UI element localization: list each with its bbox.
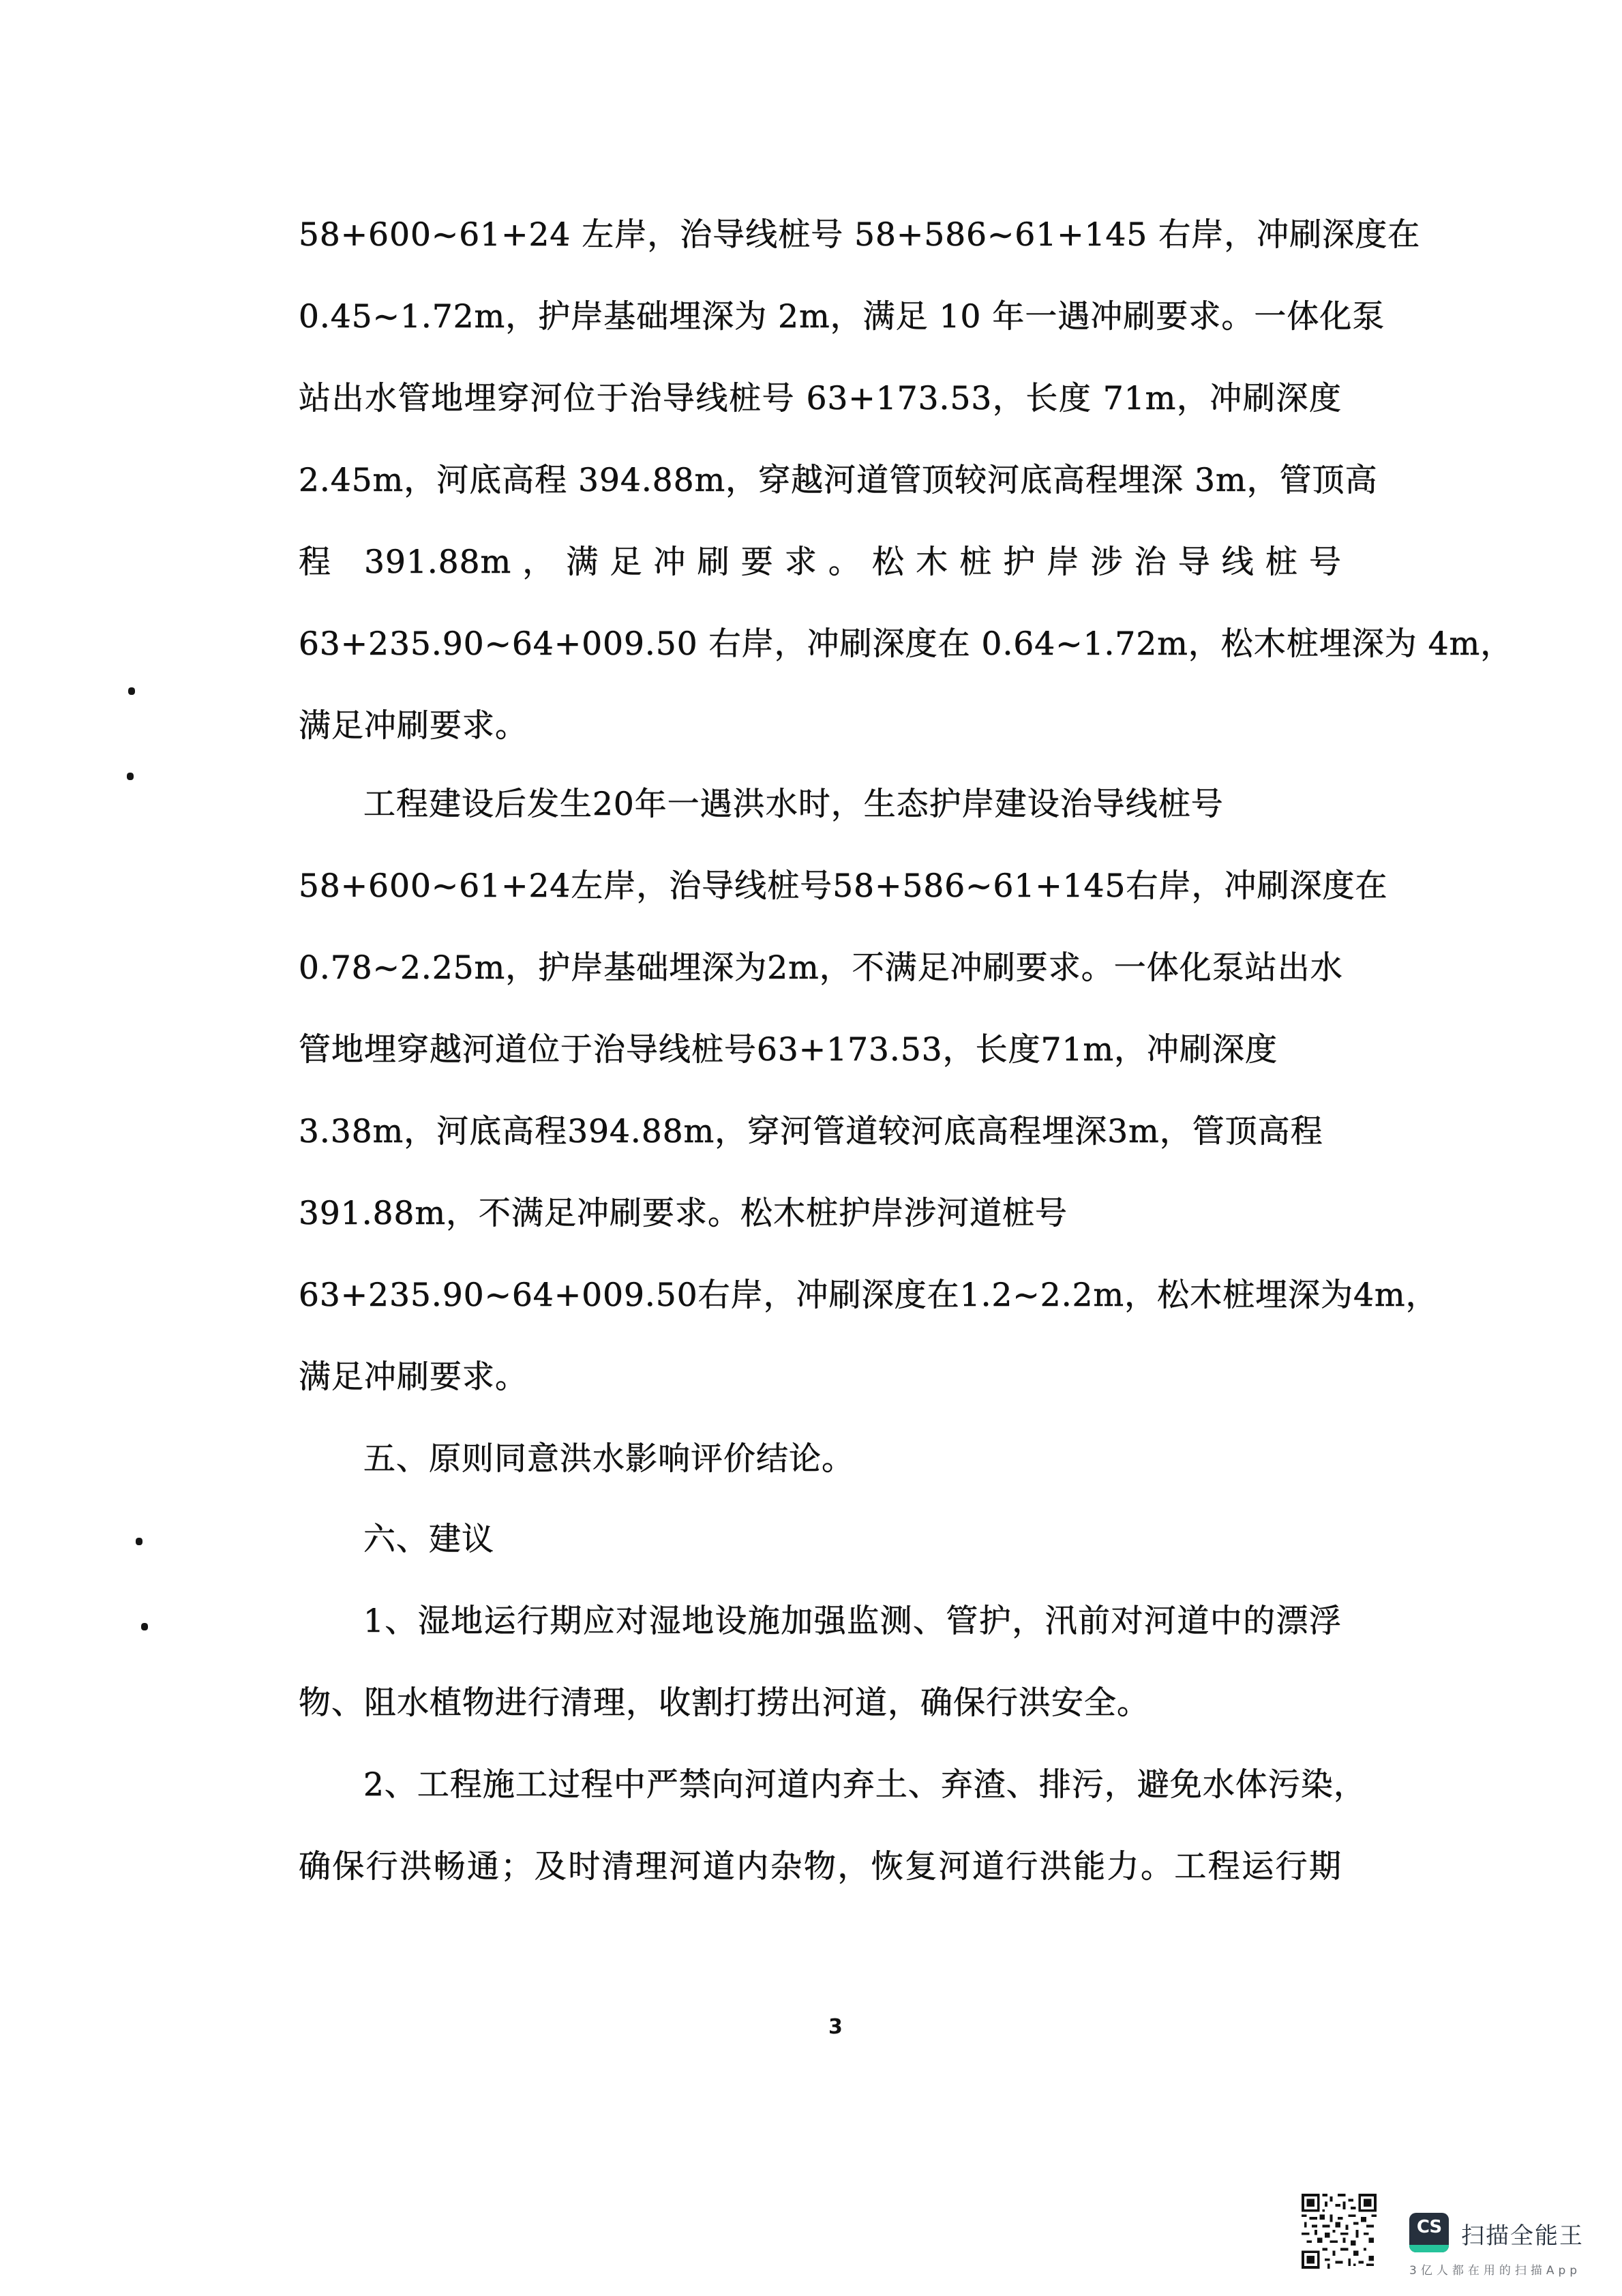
text-line: 0.45~1.72m，护岸基础埋深为 2m，满足 10 年一遇冲刷要求。一体化泵 <box>299 297 1342 338</box>
section-heading-6: 六、建议 <box>363 1519 494 1560</box>
text-line: 58+600~61+24左岸，治导线桩号58+586~61+145右岸，冲刷深度… <box>299 866 1387 907</box>
punch-hole-mark <box>127 773 134 780</box>
text-line: 58+600~61+24 左岸，治导线桩号 58+586~61+145 右岸，冲… <box>299 215 1342 256</box>
text-line: 63+235.90~64+009.50 右岸，冲刷深度在 0.64~1.72m，… <box>299 624 1342 665</box>
qr-code-icon <box>1302 2194 1377 2269</box>
punch-hole-mark <box>128 687 135 695</box>
camscanner-watermark: CS 扫描全能王 3亿人都在用的扫描App <box>1299 2186 1612 2274</box>
text-line: 63+235.90~64+009.50右岸，冲刷深度在1.2~2.2m，松木桩埋… <box>299 1275 1439 1316</box>
text-line: 2.45m，河底高程 394.88m，穿越河道管顶较河底高程埋深 3m，管顶高 <box>299 460 1342 501</box>
text-line: 满足冲刷要求。 <box>299 706 528 747</box>
camscanner-brand-name: 扫描全能王 <box>1461 2217 1584 2250</box>
punch-hole-mark <box>141 1623 148 1630</box>
text-line: 满足冲刷要求。 <box>299 1357 528 1398</box>
text-line: 站出水管地埋穿河位于治导线桩号 63+173.53，长度 71m，冲刷深度 <box>299 378 1342 419</box>
scanned-document-page: 58+600~61+24 左岸，治导线桩号 58+586~61+145 右岸，冲… <box>0 0 1622 2296</box>
section-heading-5: 五、原则同意洪水影响评价结论。 <box>363 1439 854 1480</box>
text-line: 3.38m，河底高程394.88m，穿河管道较河底高程埋深3m，管顶高程 <box>299 1112 1323 1152</box>
text-line: 确保行洪畅通；及时清理河道内杂物，恢复河道行洪能力。工程运行期 <box>299 1847 1342 1888</box>
text-line: 程 391.88m，满足冲刷要求。松木桩护岸涉治导线桩号 <box>299 542 1342 583</box>
text-line: 管地埋穿越河道位于治导线桩号63+173.53，长度71m，冲刷深度 <box>299 1030 1278 1071</box>
text-line: 工程建设后发生20年一遇洪水时，生态护岸建设治导线桩号 <box>363 784 1224 825</box>
page-number: 3 <box>828 2015 843 2039</box>
camscanner-slogan: 3亿人都在用的扫描App <box>1409 2261 1581 2278</box>
punch-hole-mark <box>136 1538 142 1545</box>
text-line: 物、阻水植物进行清理，收割打捞出河道，确保行洪安全。 <box>299 1683 1150 1724</box>
text-line: 2、工程施工过程中严禁向河道内弃土、弃渣、排污，避免水体污染， <box>363 1765 1342 1806</box>
camscanner-logo-icon: CS <box>1409 2213 1449 2252</box>
text-line: 1、湿地运行期应对湿地设施加强监测、管护，汛前对河道中的漂浮 <box>363 1601 1342 1642</box>
text-line: 0.78~2.25m，护岸基础埋深为2m，不满足冲刷要求。一体化泵站出水 <box>299 948 1343 989</box>
text-line: 391.88m，不满足冲刷要求。松木桩护岸涉河道桩号 <box>299 1193 1068 1234</box>
